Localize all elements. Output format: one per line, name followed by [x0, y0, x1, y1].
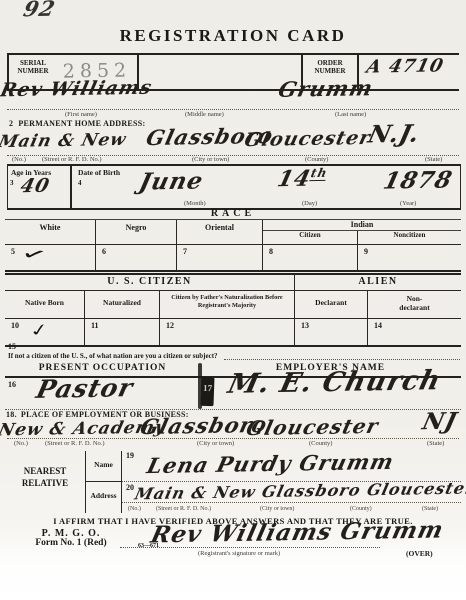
relative-address-row: 20 Main & New Glassboro Gloucester N.J. …	[122, 482, 461, 513]
race-indian-noncitizen-cell: 9	[358, 245, 461, 270]
dob-month-value: June	[137, 167, 206, 195]
occupation-block: PRESENT OCCUPATION EMPLOYER'S NAME 16 Pa…	[5, 363, 461, 409]
race-col-white: White 5 ✓	[5, 220, 96, 270]
last-name-value: Grumm	[276, 75, 376, 102]
race-negro-label: Negro	[96, 220, 176, 244]
native-born-cell: 10 ✓	[5, 319, 85, 345]
question-15-text: If not a citizen of the U. S., of what n…	[8, 352, 218, 360]
relative-no-label: (No.)	[128, 506, 141, 512]
order-number-value-wrap: A 4710	[359, 55, 459, 89]
home-county-value: Gloucester	[242, 127, 373, 151]
question-15-number: 15	[8, 342, 16, 351]
signature-baseline	[120, 547, 380, 548]
employer-field-number-smudge: 17	[200, 377, 214, 406]
question-15-row: If not a citizen of the U. S., of what n…	[8, 351, 460, 360]
nearest-relative-title-line1: NEAREST	[5, 466, 85, 478]
employment-place-line: New & Academy Glassboro Gloucester NJ	[7, 412, 459, 439]
relative-address-baseline	[122, 502, 461, 503]
dob-day-wrap: 14th	[278, 166, 327, 192]
declarant-label: Declarant	[295, 291, 368, 318]
naturalized-cell: 11	[85, 319, 160, 345]
relative-address-number: 20	[126, 483, 134, 492]
alien-header: ALIEN	[295, 275, 461, 290]
employment-no-label: (No.)	[14, 440, 28, 447]
race-indian-label: Indian	[263, 220, 461, 231]
employment-place-labels: (No.) (Street or R. F. D. No.) (City or …	[7, 440, 459, 449]
non-declarant-label-text: Non-declarant	[394, 294, 436, 312]
serial-empty-box	[137, 55, 303, 89]
nearest-relative-title: NEAREST RELATIVE	[5, 451, 85, 513]
race-col-negro: Negro 6	[96, 220, 177, 270]
nearest-relative-block: NEAREST RELATIVE Name Address 19 Lena Pu…	[5, 451, 461, 513]
race-indian-noncitizen-label: Noncitizen	[358, 231, 461, 244]
citizen-by-father-cell: 12	[160, 319, 295, 345]
relative-name-value: Lena Purdy Grumm	[145, 449, 397, 478]
dob-day-suffix: th	[309, 166, 329, 181]
home-address-line: Main & New Glassboro Gloucester N.J.	[7, 122, 459, 156]
non-declarant-label: Non-declarant	[368, 291, 461, 318]
citizenship-column-headers: Native Born Naturalized Citizen by Fathe…	[5, 291, 461, 319]
relative-name-label: Name	[86, 451, 121, 482]
declarant-cell: 13	[295, 319, 368, 345]
age-value: 40	[18, 175, 52, 197]
race-indian-group: Indian Citizen Noncitizen 8 9	[263, 220, 461, 270]
home-street-value: Main & New	[0, 130, 128, 152]
card-title: REGISTRATION CARD	[0, 26, 466, 46]
employment-county-value: Gloucester	[244, 414, 381, 440]
relative-state-label: (State)	[422, 506, 438, 512]
relative-county-label: (County)	[350, 506, 372, 512]
question-15-blank	[224, 351, 460, 360]
age-cell: Age in Years 3 40	[8, 166, 72, 208]
handwritten-page-number: 92	[21, 0, 58, 21]
footer-form-number: Form No. 1 (Red)	[8, 538, 134, 548]
employment-county-label: (County)	[309, 440, 332, 447]
naturalized-label: Naturalized	[85, 291, 160, 318]
age-field-number: 3	[10, 179, 14, 187]
nearest-relative-title-line2: RELATIVE	[5, 478, 85, 490]
middle-name-label: (Middle name)	[185, 111, 224, 118]
dob-year-value: 1878	[381, 166, 456, 194]
home-city-label: (City or town)	[192, 156, 229, 163]
home-state-label: (State)	[425, 156, 442, 163]
employer-name-value: M. E. Church	[225, 365, 444, 400]
occupation-value: Pastor	[33, 373, 136, 404]
age-dob-row: Age in Years 3 40 Date of Birth 4 June 1…	[7, 164, 461, 210]
relative-address-value: Main & New Glassboro Gloucester N.J.	[133, 478, 466, 504]
us-citizen-header: U. S. CITIZEN	[5, 275, 295, 290]
employment-state-label: (State)	[427, 440, 444, 447]
employment-city-label: (City or town)	[197, 440, 234, 447]
native-born-label: Native Born	[5, 291, 85, 318]
citizenship-number-row: 10 ✓ 11 12 13 14	[5, 319, 461, 345]
order-number-value: A 4710	[364, 55, 446, 77]
home-county-label: (County)	[305, 156, 328, 163]
race-negro-number: 6	[102, 247, 106, 256]
registration-card-scan: 92 REGISTRATION CARD SERIAL NUMBER 2852 …	[0, 0, 466, 600]
relative-name-row: 19 Lena Purdy Grumm	[122, 451, 461, 482]
occupation-field-number: 16	[8, 380, 16, 389]
non-declarant-cell: 14	[368, 319, 461, 345]
dob-label: Date of Birth	[78, 168, 120, 177]
nearest-relative-values: 19 Lena Purdy Grumm 20 Main & New Glassb…	[122, 451, 461, 513]
race-white-label: White	[5, 220, 95, 244]
relative-address-label: Address	[86, 482, 121, 513]
race-section-title: RACE	[0, 208, 466, 219]
citizenship-table: U. S. CITIZEN ALIEN Native Born Naturali…	[5, 273, 461, 347]
dob-day-label: (Day)	[302, 200, 317, 207]
nearest-relative-field-labels: Name Address	[85, 451, 122, 513]
race-table: White 5 ✓ Negro 6 Oriental 7 Indian Citi…	[5, 219, 461, 272]
race-negro-cell: 6	[96, 244, 176, 270]
dob-day-value: 14	[275, 166, 314, 193]
dob-month-label: (Month)	[184, 200, 206, 207]
last-name-label: (Last name)	[335, 111, 366, 118]
dob-year-label: (Year)	[400, 200, 416, 207]
registrant-signature: Rev Williams Grumm	[148, 516, 446, 548]
relative-name-number: 19	[126, 451, 134, 460]
race-white-number: 5	[11, 247, 15, 256]
race-indian-subheads: Citizen Noncitizen	[263, 231, 461, 244]
dob-cell: Date of Birth 4 June 14th 1878 (Month) (…	[72, 166, 460, 208]
checkmark-icon: ✓	[19, 244, 49, 266]
race-oriental-number: 7	[183, 247, 187, 256]
race-indian-citizen-cell: 8	[263, 245, 358, 270]
race-indian-citizen-label: Citizen	[263, 231, 358, 244]
citizen-by-father-label: Citizen by Father's Naturalization Befor…	[160, 291, 295, 318]
employment-street-label: (Street or R. F. D. No.)	[45, 440, 105, 447]
relative-street-label: (Street or R. F. D. No.)	[156, 506, 211, 512]
first-name-value: Rev Williams	[0, 77, 154, 102]
race-oriental-cell: 7	[177, 244, 262, 270]
employer-field-number: 17	[201, 377, 215, 393]
native-born-number: 10	[11, 321, 19, 330]
signature-caption: (Registrant's signature or mark)	[198, 550, 280, 557]
over-label: (OVER)	[406, 549, 433, 558]
citizenship-group-headers: U. S. CITIZEN ALIEN	[5, 275, 461, 291]
home-street-label: (Street or R. F. D. No.)	[42, 156, 102, 163]
first-name-label: (First name)	[65, 111, 97, 118]
checkmark-icon: ✓	[28, 321, 50, 340]
race-oriental-label: Oriental	[177, 220, 262, 244]
race-indian-numbers: 8 9	[263, 244, 461, 270]
dob-field-number: 4	[78, 179, 82, 187]
race-white-cell: 5 ✓	[5, 244, 95, 270]
employment-state-value: NJ	[420, 408, 460, 436]
home-no-label: (No.)	[12, 156, 26, 163]
home-state-value: N.J.	[366, 119, 424, 149]
name-line: Rev Williams Grumm	[7, 86, 459, 110]
relative-city-label: (City or town)	[260, 506, 294, 512]
race-col-oriental: Oriental 7	[177, 220, 263, 270]
